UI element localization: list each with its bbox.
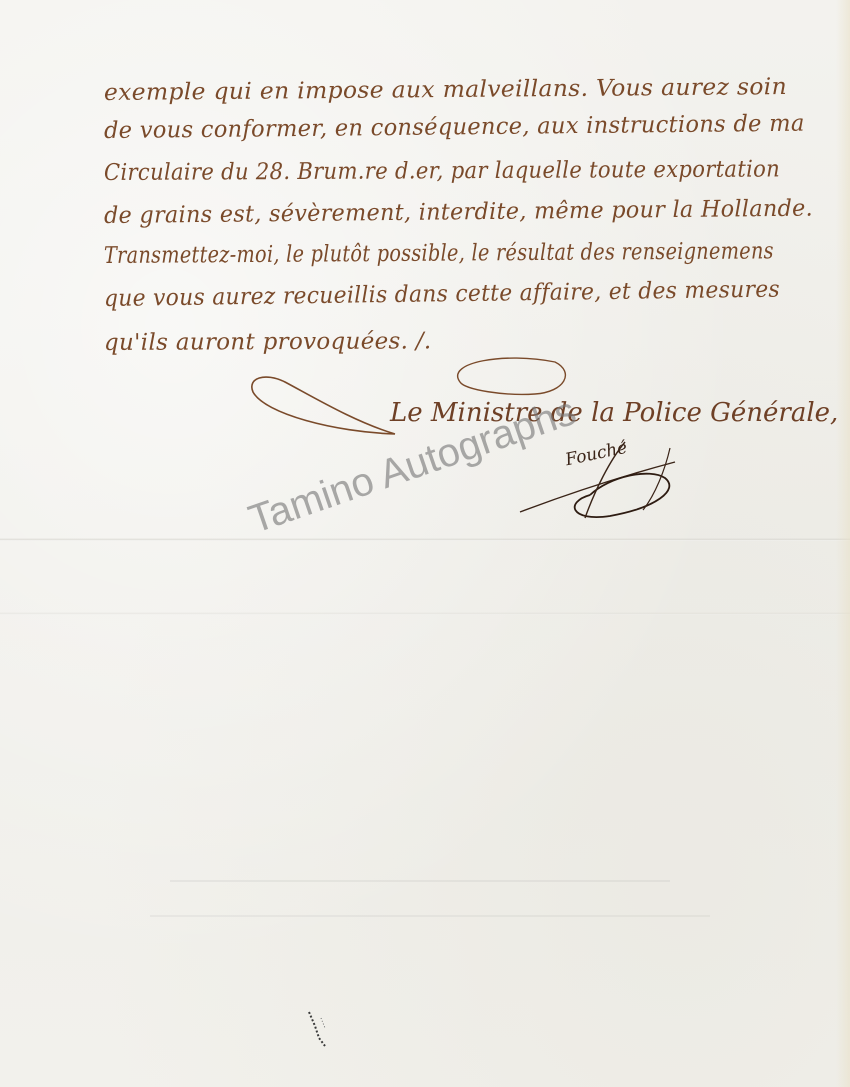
body-line-3: Circulaire du 28. Brum.re d.er, par laqu…: [104, 156, 780, 186]
bleed-through-line: [170, 880, 670, 882]
ink-speck-icon: [305, 1008, 335, 1048]
paper-edge: [836, 0, 850, 1087]
fold-crease-faint: [0, 612, 850, 615]
bleed-through-line: [150, 915, 710, 917]
body-line-5: Transmettez-moi, le plutôt possible, le …: [104, 238, 774, 269]
fold-crease: [0, 538, 850, 541]
closing-title: Le Ministre de la Police Générale,: [390, 398, 838, 428]
signature: Fouché: [515, 440, 695, 524]
